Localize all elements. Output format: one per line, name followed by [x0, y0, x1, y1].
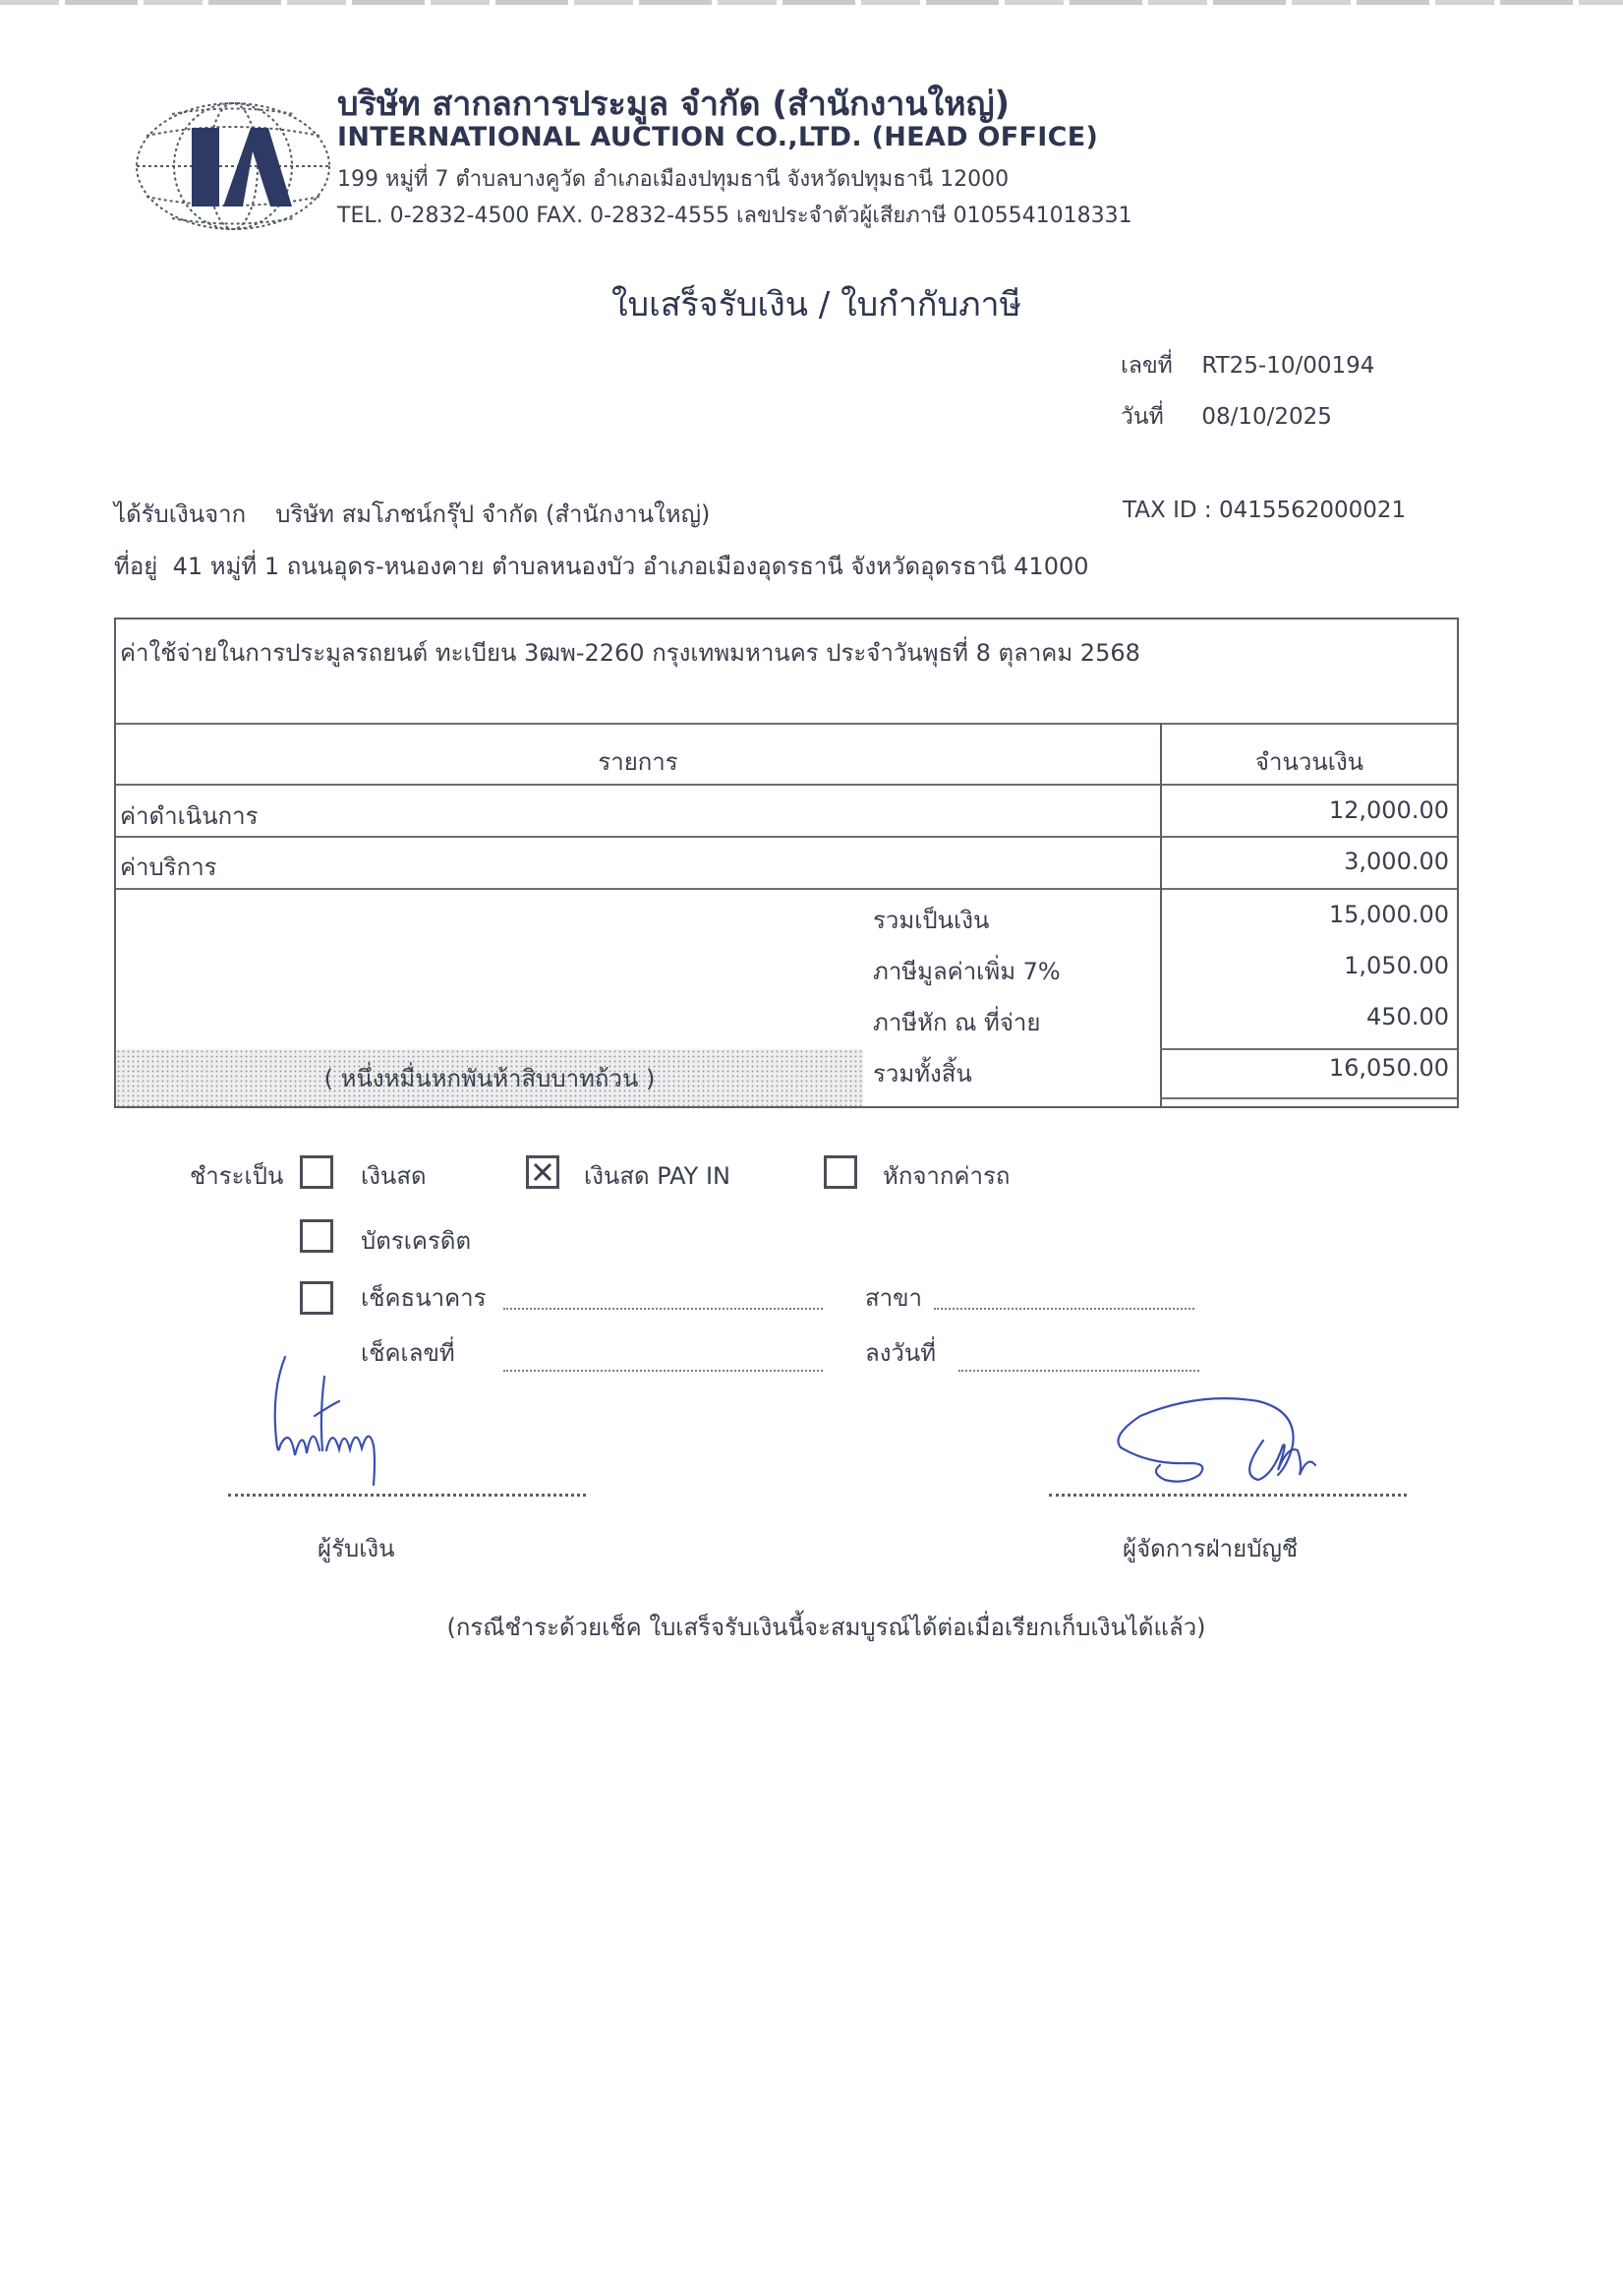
- subtotal-amount: 15,000.00: [1329, 901, 1449, 928]
- document-title: ใบเสร็จรับเงิน / ใบกำกับภาษี: [0, 277, 1623, 330]
- checkbox-credit-card[interactable]: [300, 1219, 333, 1253]
- customer-address-label: ที่อยู่: [114, 553, 157, 580]
- table-row-item: ค่าดำเนินการ: [120, 796, 259, 835]
- column-header-amount: จำนวนเงิน: [1162, 742, 1457, 781]
- document-date: วันที่ 08/10/2025: [1121, 399, 1332, 435]
- items-table: ค่าใช้จ่ายในการประมูลรถยนต์ ทะเบียน 3ฒพ-…: [114, 618, 1459, 1108]
- option-cash-pay-in-label: เงินสด PAY IN: [584, 1156, 730, 1195]
- cheque-number-field[interactable]: [503, 1370, 823, 1372]
- document-date-label: วันที่: [1121, 399, 1194, 435]
- receiver-label: ผู้รับเงิน: [318, 1529, 395, 1567]
- option-bank-cheque-label: เช็คธนาคาร: [361, 1278, 487, 1317]
- globe-logo-icon: [133, 98, 334, 234]
- cheque-date-field[interactable]: [958, 1370, 1199, 1372]
- received-from-label: ได้รับเงินจาก: [114, 500, 246, 528]
- document-date-value: 08/10/2025: [1201, 404, 1332, 430]
- option-deduct-from-car-label: หักจากค่ารถ: [883, 1156, 1010, 1195]
- cheque-date-label: ลงวันที่: [865, 1333, 936, 1372]
- customer-tax-id: TAX ID : 0415562000021: [1123, 498, 1406, 523]
- checkbox-cash-pay-in[interactable]: [526, 1155, 559, 1189]
- table-row-item: ค่าบริการ: [120, 848, 217, 886]
- receiver-signature: [265, 1347, 462, 1500]
- manager-label: ผู้จัดการฝ่ายบัญชี: [1123, 1529, 1298, 1567]
- subtotal-label: รวมเป็นเงิน: [873, 901, 989, 939]
- grand-total-amount: 16,050.00: [1329, 1054, 1449, 1082]
- manager-signature: [1091, 1386, 1327, 1490]
- tax-id-label: TAX ID :: [1123, 498, 1212, 523]
- document-number: เลขที่ RT25-10/00194: [1121, 348, 1374, 383]
- withholding-tax-amount: 450.00: [1366, 1003, 1449, 1030]
- company-name-en: INTERNATIONAL AUCTION CO.,LTD. (HEAD OFF…: [337, 122, 1098, 152]
- cheque-payment-note: (กรณีชำระด้วยเช็ค ใบเสร็จรับเงินนี้จะสมบ…: [0, 1608, 1623, 1646]
- scan-edge: [0, 0, 1623, 5]
- customer-address: ที่อยู่ 41 หมู่ที่ 1 ถนนอุดร-หนองคาย ตำบ…: [114, 547, 1089, 585]
- checkbox-cash[interactable]: [300, 1155, 333, 1189]
- manager-signature-line: [1049, 1494, 1407, 1497]
- withholding-tax-label: ภาษีหัก ณ ที่จ่าย: [873, 1003, 1040, 1041]
- document-number-label: เลขที่: [1121, 348, 1194, 383]
- bank-name-field[interactable]: [503, 1308, 823, 1310]
- table-row-amount: 3,000.00: [1344, 848, 1449, 875]
- checkbox-deduct-from-car[interactable]: [824, 1155, 857, 1189]
- checkbox-bank-cheque[interactable]: [300, 1281, 333, 1315]
- amount-in-words: ( หนึ่งหมื่นหกพันห้าสิบบาทถ้วน ): [116, 1059, 863, 1097]
- branch-field[interactable]: [934, 1308, 1194, 1310]
- branch-label: สาขา: [865, 1278, 922, 1317]
- column-header-item: รายการ: [116, 742, 1160, 781]
- customer-address-value: 41 หมู่ที่ 1 ถนนอุดร-หนองคาย ตำบลหนองบัว…: [173, 553, 1089, 580]
- company-contact: TEL. 0-2832-4500 FAX. 0-2832-4555 เลขประ…: [337, 198, 1132, 232]
- document-number-value: RT25-10/00194: [1201, 353, 1374, 379]
- received-from: ได้รับเงินจากบริษัท สมโภชน์กรุ๊ป จำกัด (…: [114, 495, 710, 533]
- receiver-signature-line: [228, 1494, 586, 1497]
- payment-method-label: ชำระเป็น: [190, 1156, 283, 1195]
- grand-total-label: รวมทั้งสิ้น: [873, 1054, 972, 1092]
- option-credit-card-label: บัตรเครดิต: [361, 1221, 471, 1260]
- option-cash-label: เงินสด: [361, 1156, 427, 1195]
- customer-name: บริษัท สมโภชน์กรุ๊ป จำกัด (สำนักงานใหญ่): [275, 500, 710, 528]
- vat-amount: 1,050.00: [1344, 952, 1449, 979]
- vat-label: ภาษีมูลค่าเพิ่ม 7%: [873, 952, 1061, 990]
- company-address: 199 หมู่ที่ 7 ตำบลบางคูวัด อำเภอเมืองปทุ…: [337, 161, 1009, 196]
- check-x-icon: [529, 1158, 556, 1186]
- table-row-amount: 12,000.00: [1329, 796, 1449, 824]
- tax-id-value: 0415562000021: [1219, 498, 1406, 523]
- table-description: ค่าใช้จ่ายในการประมูลรถยนต์ ทะเบียน 3ฒพ-…: [120, 633, 1140, 672]
